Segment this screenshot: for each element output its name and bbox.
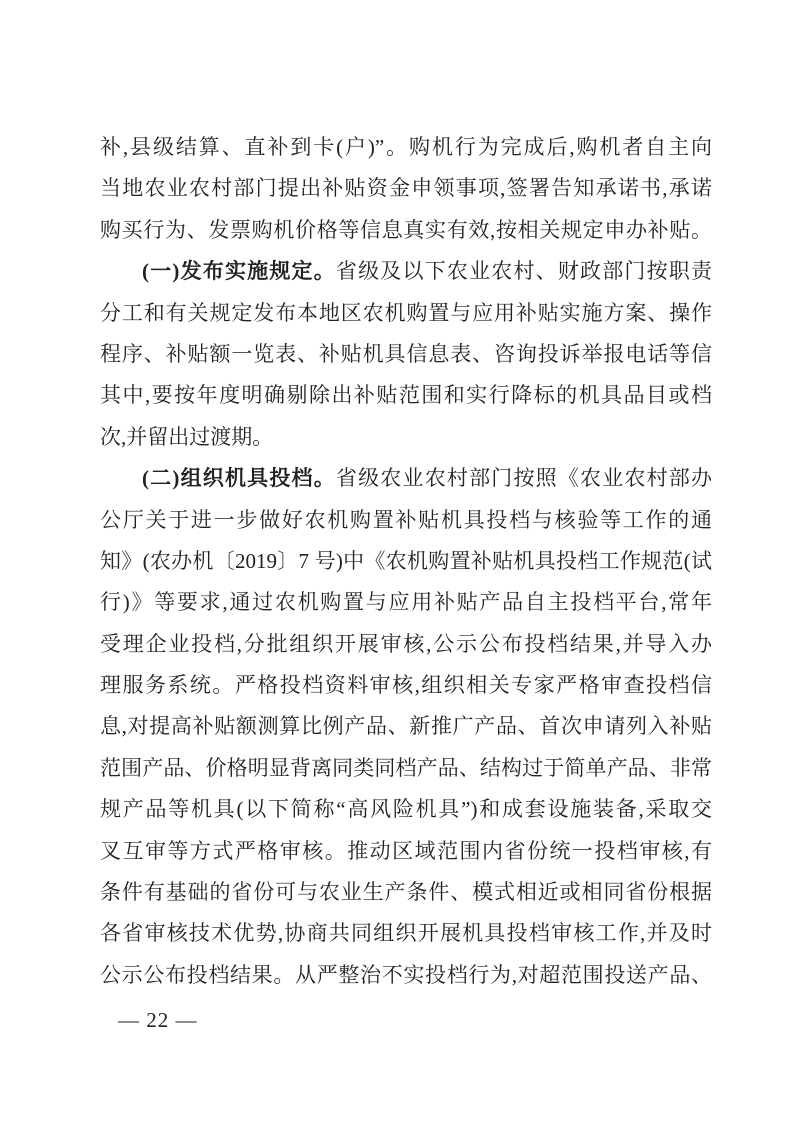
text-run: 程序、补贴额一览表、补贴机具信息表、咨询投诉举报电话等信息。 [100, 342, 712, 375]
text-run: 规产品等机具(以下简称“高风险机具”)和成套设施装备,采取交 [100, 797, 712, 821]
text-line: 规产品等机具(以下简称“高风险机具”)和成套设施装备,采取交 [100, 789, 712, 830]
text-line: 息,对提高补贴额测算比例产品、新推广产品、首次申请列入补贴 [100, 706, 712, 747]
text-line: 公示公布投档结果。从严整治不实投档行为,对超范围投送产品、 [100, 955, 712, 996]
text-run: 省级及以下农业农村、财政部门按职责 [336, 259, 712, 283]
text-line: 次,并留出过渡期。 [100, 417, 712, 458]
text-run: 公厅关于进一步做好农机购置补贴机具投档与核验等工作的通 [100, 508, 712, 532]
text-line: 其中,要按年度明确剔除出补贴范围和实行降标的机具品目或档 [100, 375, 712, 416]
text-line: 行)》等要求,通过农机购置与应用补贴产品自主投档平台,常年 [100, 582, 712, 623]
text-run: 补,县级结算、直补到卡(户)”。购机行为完成后,购机者自主向 [100, 135, 712, 159]
text-line: 公厅关于进一步做好农机购置补贴机具投档与核验等工作的通 [100, 500, 712, 541]
text-run: 其中,要按年度明确剔除出补贴范围和实行降标的机具品目或档 [100, 383, 712, 407]
document-lines: 补,县级结算、直补到卡(户)”。购机行为完成后,购机者自主向当地农业农村部门提出… [100, 127, 712, 996]
text-line: 分工和有关规定发布本地区农机购置与应用补贴实施方案、操作 [100, 293, 712, 334]
section-heading-run: (二)组织机具投档。 [142, 466, 336, 490]
text-run: 各省审核技术优势,协商共同组织开展机具投档审核工作,并及时 [100, 921, 712, 945]
text-line: 理服务系统。严格投档资料审核,组织相关专家严格审查投档信 [100, 665, 712, 706]
text-run: 受理企业投档,分批组织开展审核,公示公布投档结果,并导入办 [100, 632, 712, 656]
text-run: 购买行为、发票购机价格等信息真实有效,按相关规定申办补贴。 [100, 218, 712, 242]
text-line: (二)组织机具投档。省级农业农村部门按照《农业农村部办 [100, 458, 712, 499]
text-run: 当地农业农村部门提出补贴资金申领事项,签署告知承诺书,承诺 [100, 176, 712, 200]
text-run: 行)》等要求,通过农机购置与应用补贴产品自主投档平台,常年 [100, 590, 712, 614]
text-run: 范围产品、价格明显背离同类同档产品、结构过于简单产品、非常 [100, 756, 712, 780]
text-run: 公示公布投档结果。从严整治不实投档行为,对超范围投送产品、 [100, 963, 712, 987]
text-line: 购买行为、发票购机价格等信息真实有效,按相关规定申办补贴。 [100, 210, 712, 251]
document-page: { "page": { "background_color": "#ffffff… [0, 0, 793, 1122]
text-line: 知》(农办机〔2019〕7 号)中《农机购置补贴机具投档工作规范(试 [100, 541, 712, 582]
text-line: 叉互审等方式严格审核。推动区域范围内省份统一投档审核,有 [100, 831, 712, 872]
page-number: — 22 — [118, 1008, 198, 1033]
text-run: 条件有基础的省份可与农业生产条件、模式相近或相同省份根据 [100, 880, 712, 904]
text-line: 补,县级结算、直补到卡(户)”。购机行为完成后,购机者自主向 [100, 127, 712, 168]
text-line: 当地农业农村部门提出补贴资金申领事项,签署告知承诺书,承诺 [100, 168, 712, 209]
text-line: 范围产品、价格明显背离同类同档产品、结构过于简单产品、非常 [100, 748, 712, 789]
text-run: 息,对提高补贴额测算比例产品、新推广产品、首次申请列入补贴 [100, 714, 712, 738]
text-run: 分工和有关规定发布本地区农机购置与应用补贴实施方案、操作 [100, 301, 712, 325]
text-run: 省级农业农村部门按照《农业农村部办 [336, 466, 712, 490]
text-run: 叉互审等方式严格审核。推动区域范围内省份统一投档审核,有 [100, 839, 712, 863]
section-heading-run: (一)发布实施规定。 [142, 259, 336, 283]
text-line: 各省审核技术优势,协商共同组织开展机具投档审核工作,并及时 [100, 913, 712, 954]
text-line: 条件有基础的省份可与农业生产条件、模式相近或相同省份根据 [100, 872, 712, 913]
text-run: 知》(农办机〔2019〕7 号)中《农机购置补贴机具投档工作规范(试 [100, 549, 712, 573]
text-line: (一)发布实施规定。省级及以下农业农村、财政部门按职责 [100, 251, 712, 292]
text-line: 程序、补贴额一览表、补贴机具信息表、咨询投诉举报电话等信息。 [100, 334, 712, 375]
text-run: 次,并留出过渡期。 [100, 425, 273, 449]
text-line: 受理企业投档,分批组织开展审核,公示公布投档结果,并导入办 [100, 624, 712, 665]
text-run: 理服务系统。严格投档资料审核,组织相关专家严格审查投档信 [100, 673, 712, 697]
page-sheet: 补,县级结算、直补到卡(户)”。购机行为完成后,购机者自主向当地农业农村部门提出… [0, 0, 793, 1122]
